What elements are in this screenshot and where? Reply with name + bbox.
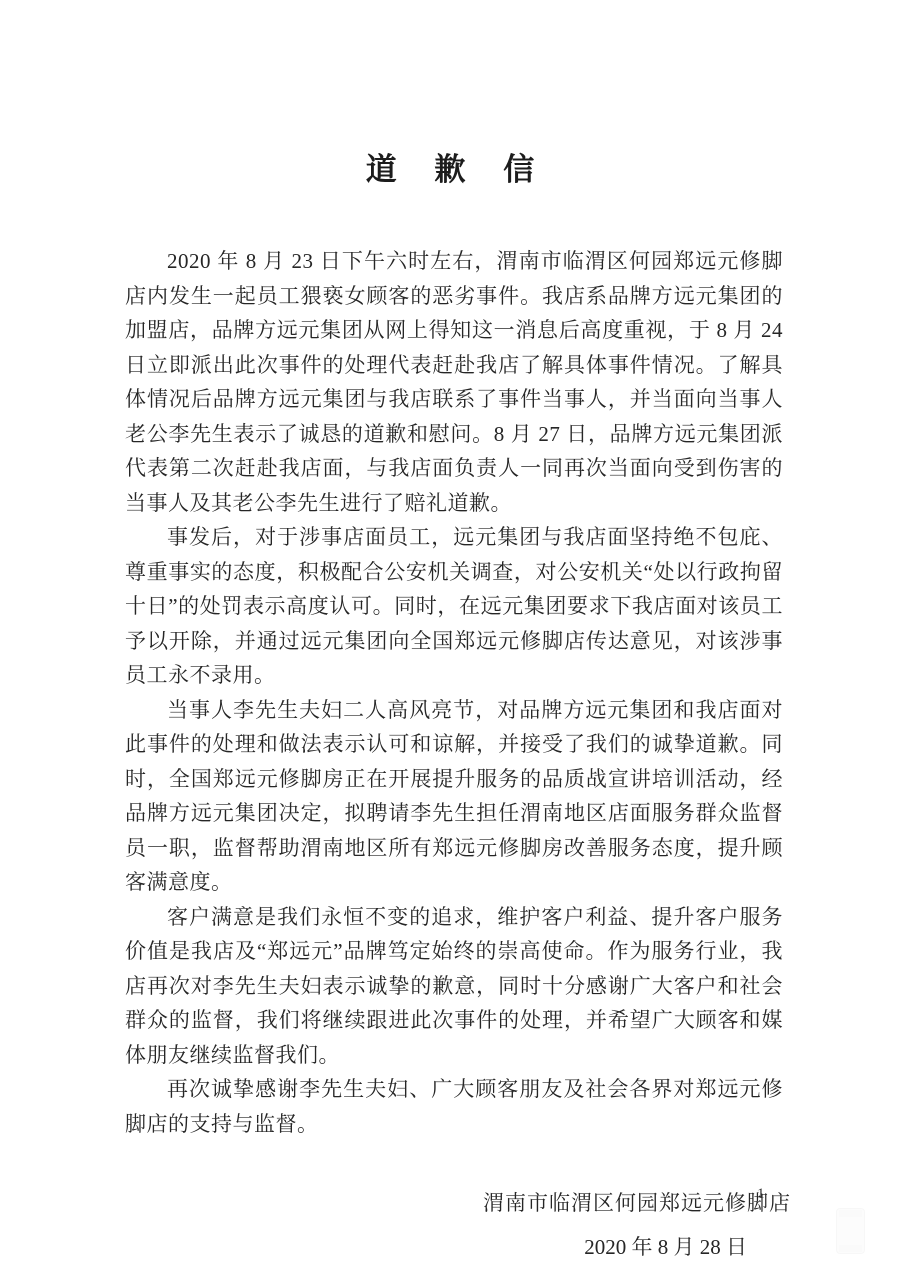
date-line: 2020 年 8 月 28 日	[584, 1235, 747, 1259]
document-page: 道 歉 信 2020 年 8 月 23 日下午六时左右，渭南市临渭区何园郑远元修…	[0, 0, 904, 1280]
signature-line: 渭南市临渭区何园郑远元修脚店	[483, 1191, 791, 1215]
page-number: 1	[757, 1186, 765, 1203]
signature-block: 渭南市临渭区何园郑远元修脚店 2020 年 8 月 28 日	[0, 1191, 904, 1259]
paragraph: 客户满意是我们永恒不变的追求，维护客户利益、提升客户服务价值是我店及“郑远元”品…	[125, 900, 783, 1073]
document-title: 道 歉 信	[0, 0, 904, 189]
paragraph: 再次诚挚感谢李先生夫妇、广大顾客朋友及社会各界对郑远元修脚店的支持与监督。	[125, 1072, 783, 1141]
paragraph: 事发后，对于涉事店面员工，远元集团与我店面坚持绝不包庇、尊重事实的态度，积极配合…	[125, 520, 783, 693]
paragraph: 2020 年 8 月 23 日下午六时左右，渭南市临渭区何园郑远元修脚店内发生一…	[125, 244, 783, 520]
document-body: 2020 年 8 月 23 日下午六时左右，渭南市临渭区何园郑远元修脚店内发生一…	[0, 244, 904, 1141]
phone-watermark-icon	[836, 1208, 865, 1254]
paragraph: 当事人李先生夫妇二人高风亮节，对品牌方远元集团和我店面对此事件的处理和做法表示认…	[125, 693, 783, 900]
